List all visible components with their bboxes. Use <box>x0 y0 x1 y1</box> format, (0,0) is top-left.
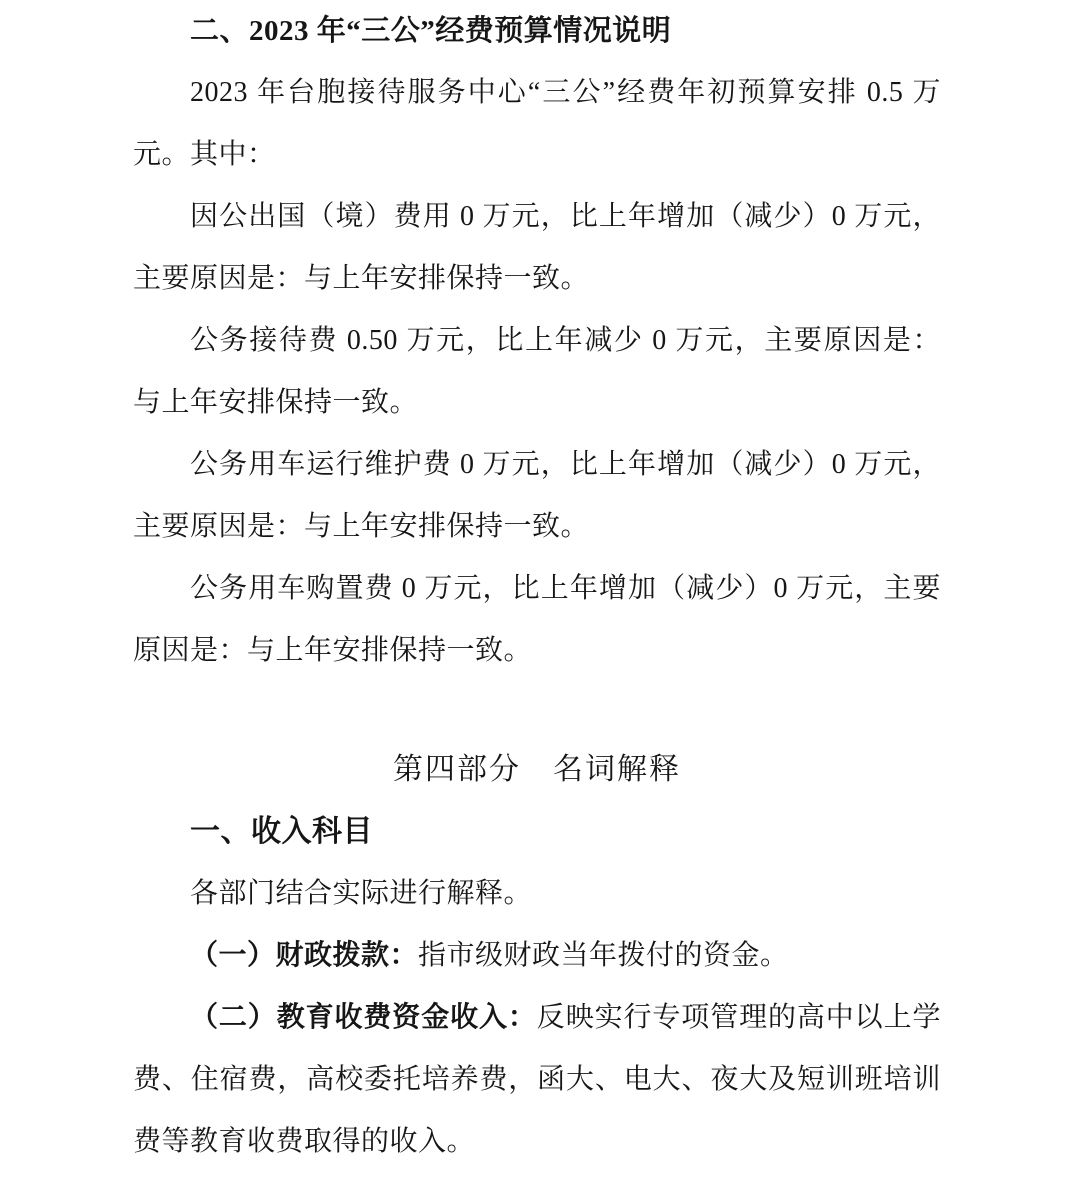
para-overseas-travel-line1: 因公出国（境）费用 0 万元，比上年增加（减少）0 万元， <box>133 186 941 248</box>
definition-education-fee-income-label: （二）教育收费资金收入： <box>190 1002 537 1033</box>
para-overseas-travel-line2: 主要原因是：与上年安排保持一致。 <box>133 248 941 310</box>
definition-fiscal-appropriation: （一）财政拨款：指市级财政当年拨付的资金。 <box>133 925 941 987</box>
blank-gap <box>133 682 941 739</box>
para-vehicle-maintenance-line1: 公务用车运行维护费 0 万元，比上年增加（减少）0 万元， <box>133 434 941 496</box>
definition-education-fee-income-line3: 费等教育收费取得的收入。 <box>133 1111 941 1173</box>
para-reception-expense-line1: 公务接待费 0.50 万元，比上年减少 0 万元，主要原因是： <box>133 310 941 372</box>
para-budget-overview-line1: 2023 年台胞接待服务中心“三公”经费年初预算安排 0.5 万 <box>133 62 941 124</box>
para-budget-overview-line2: 元。其中： <box>133 124 941 186</box>
heading-income-subjects: 一、收入科目 <box>133 801 941 863</box>
heading-three-public-budget: 二、2023 年“三公”经费预算情况说明 <box>133 0 941 62</box>
definition-fiscal-appropriation-label: （一）财政拨款： <box>190 940 418 971</box>
document-page: 二、2023 年“三公”经费预算情况说明 2023 年台胞接待服务中心“三公”经… <box>0 0 1074 1178</box>
part4-title: 第四部分 名词解释 <box>133 739 941 801</box>
para-vehicle-purchase-line1: 公务用车购置费 0 万元，比上年增加（减少）0 万元，主要 <box>133 558 941 620</box>
para-vehicle-maintenance-line2: 主要原因是：与上年安排保持一致。 <box>133 496 941 558</box>
definition-fiscal-appropriation-text: 指市级财政当年拨付的资金。 <box>418 940 789 971</box>
definition-education-fee-income-text: 反映实行专项管理的高中以上学 <box>537 1002 941 1033</box>
para-departments-explain: 各部门结合实际进行解释。 <box>133 863 941 925</box>
para-vehicle-purchase-line2: 原因是：与上年安排保持一致。 <box>133 620 941 682</box>
definition-education-fee-income-line2: 费、住宿费，高校委托培养费，函大、电大、夜大及短训班培训 <box>133 1049 941 1111</box>
definition-education-fee-income-line1: （二）教育收费资金收入：反映实行专项管理的高中以上学 <box>133 987 941 1049</box>
para-reception-expense-line2: 与上年安排保持一致。 <box>133 372 941 434</box>
